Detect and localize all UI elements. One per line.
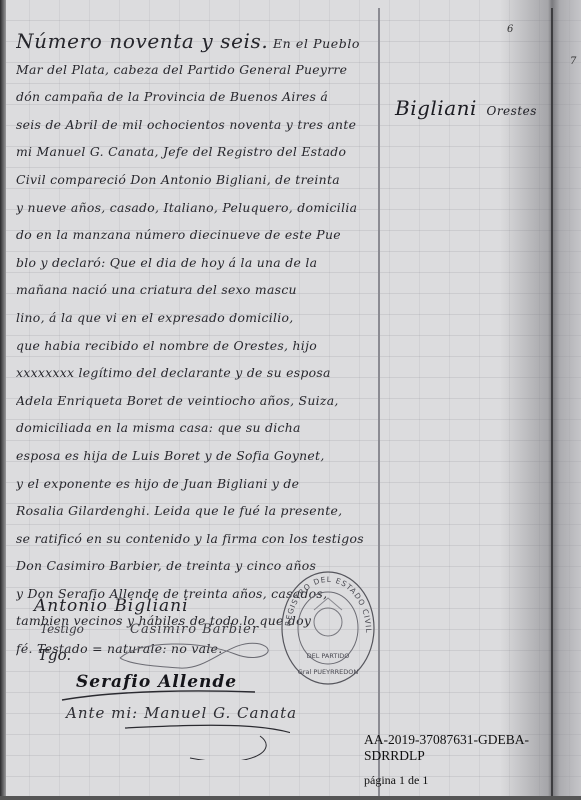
record-line: blo y declaró: Que el dia de hoy á la un… bbox=[16, 249, 374, 277]
record-line: mi Manuel G. Canata, Jefe del Registro d… bbox=[16, 138, 374, 166]
witness-1-signature: Casimiro Barbier bbox=[130, 622, 259, 637]
record-line: dón campaña de la Provincia de Buenos Ai… bbox=[16, 83, 374, 111]
scan-bottom-edge bbox=[0, 796, 581, 800]
seal-outer-text: REGISTRO DEL ESTADO CIVIL bbox=[283, 575, 373, 634]
record-line: Adela Enriqueta Boret de veintiocho años… bbox=[16, 387, 374, 415]
folio-number: 6 bbox=[507, 24, 513, 35]
record-line: Civil compareció Don Antonio Bigliani, d… bbox=[16, 166, 374, 194]
record-line: Número noventa y seis. En el Pueblo bbox=[16, 28, 374, 56]
margin-note: Bigliani Orestes bbox=[395, 96, 537, 120]
record-line: Rosalia Gilardenghi. Leida que le fué la… bbox=[16, 497, 374, 525]
record-line: que habia recibido el nombre de Orestes,… bbox=[16, 332, 374, 360]
record-line: mañana nació una criatura del sexo mascu bbox=[16, 276, 374, 304]
margin-surname: Bigliani bbox=[395, 96, 477, 120]
margin-rule-line bbox=[378, 8, 380, 800]
binding-fold-line bbox=[551, 8, 553, 800]
record-line: xxxxxxxx legítimo del declarante y de su… bbox=[16, 359, 374, 387]
civil-registry-seal-icon: REGISTRO DEL ESTADO CIVIL DEL PARTIDO Gr… bbox=[280, 570, 376, 686]
declarant-signature: Antonio Bigliani bbox=[34, 596, 189, 616]
record-line: se ratificó en su contenido y la firma c… bbox=[16, 525, 374, 553]
witness-label: Testigo bbox=[40, 622, 84, 636]
record-line: esposa es hija de Luis Boret y de Sofia … bbox=[16, 442, 374, 470]
record-line: do en la manzana número diecinueve de es… bbox=[16, 221, 374, 249]
folio-number-next: 7 bbox=[570, 56, 576, 67]
registrar-signature: Ante mi: Manuel G. Canata bbox=[66, 704, 297, 722]
record-line: y el exponente es hijo de Juan Bigliani … bbox=[16, 470, 374, 498]
record-line: lino, á la que vi en el expresado domici… bbox=[16, 304, 374, 332]
seal-bottom-text: Gral PUEYRREDON bbox=[298, 668, 359, 676]
record-body: Número noventa y seis. En el Pueblo Mar … bbox=[16, 28, 374, 663]
record-line: y nueve años, casado, Italiano, Peluquer… bbox=[16, 194, 374, 222]
signature-flourish-icon bbox=[60, 640, 290, 760]
record-line: seis de Abril de mil ochocientos noventa… bbox=[16, 111, 374, 139]
record-line: domiciliada en la misma casa: que su dic… bbox=[16, 414, 374, 442]
document-page: 6 7 Bigliani Orestes Número noventa y se… bbox=[0, 0, 581, 800]
seal-inner-text: DEL PARTIDO bbox=[307, 652, 350, 660]
record-line-tail: En el Pueblo bbox=[268, 36, 360, 51]
svg-text:REGISTRO DEL ESTADO CIVIL: REGISTRO DEL ESTADO CIVIL bbox=[283, 575, 373, 634]
binding-shadow bbox=[500, 0, 581, 800]
margin-given-name: Orestes bbox=[486, 104, 536, 118]
page-number: página 1 de 1 bbox=[364, 773, 428, 788]
record-line: Mar del Plata, cabeza del Partido Genera… bbox=[16, 56, 374, 84]
document-id: AA-2019-37087631-GDEBA-SDRRDLP bbox=[364, 732, 581, 764]
scan-left-edge bbox=[0, 0, 6, 800]
record-number-heading: Número noventa y seis. bbox=[16, 29, 268, 53]
witness-2-signature: Serafio Allende bbox=[76, 672, 237, 692]
